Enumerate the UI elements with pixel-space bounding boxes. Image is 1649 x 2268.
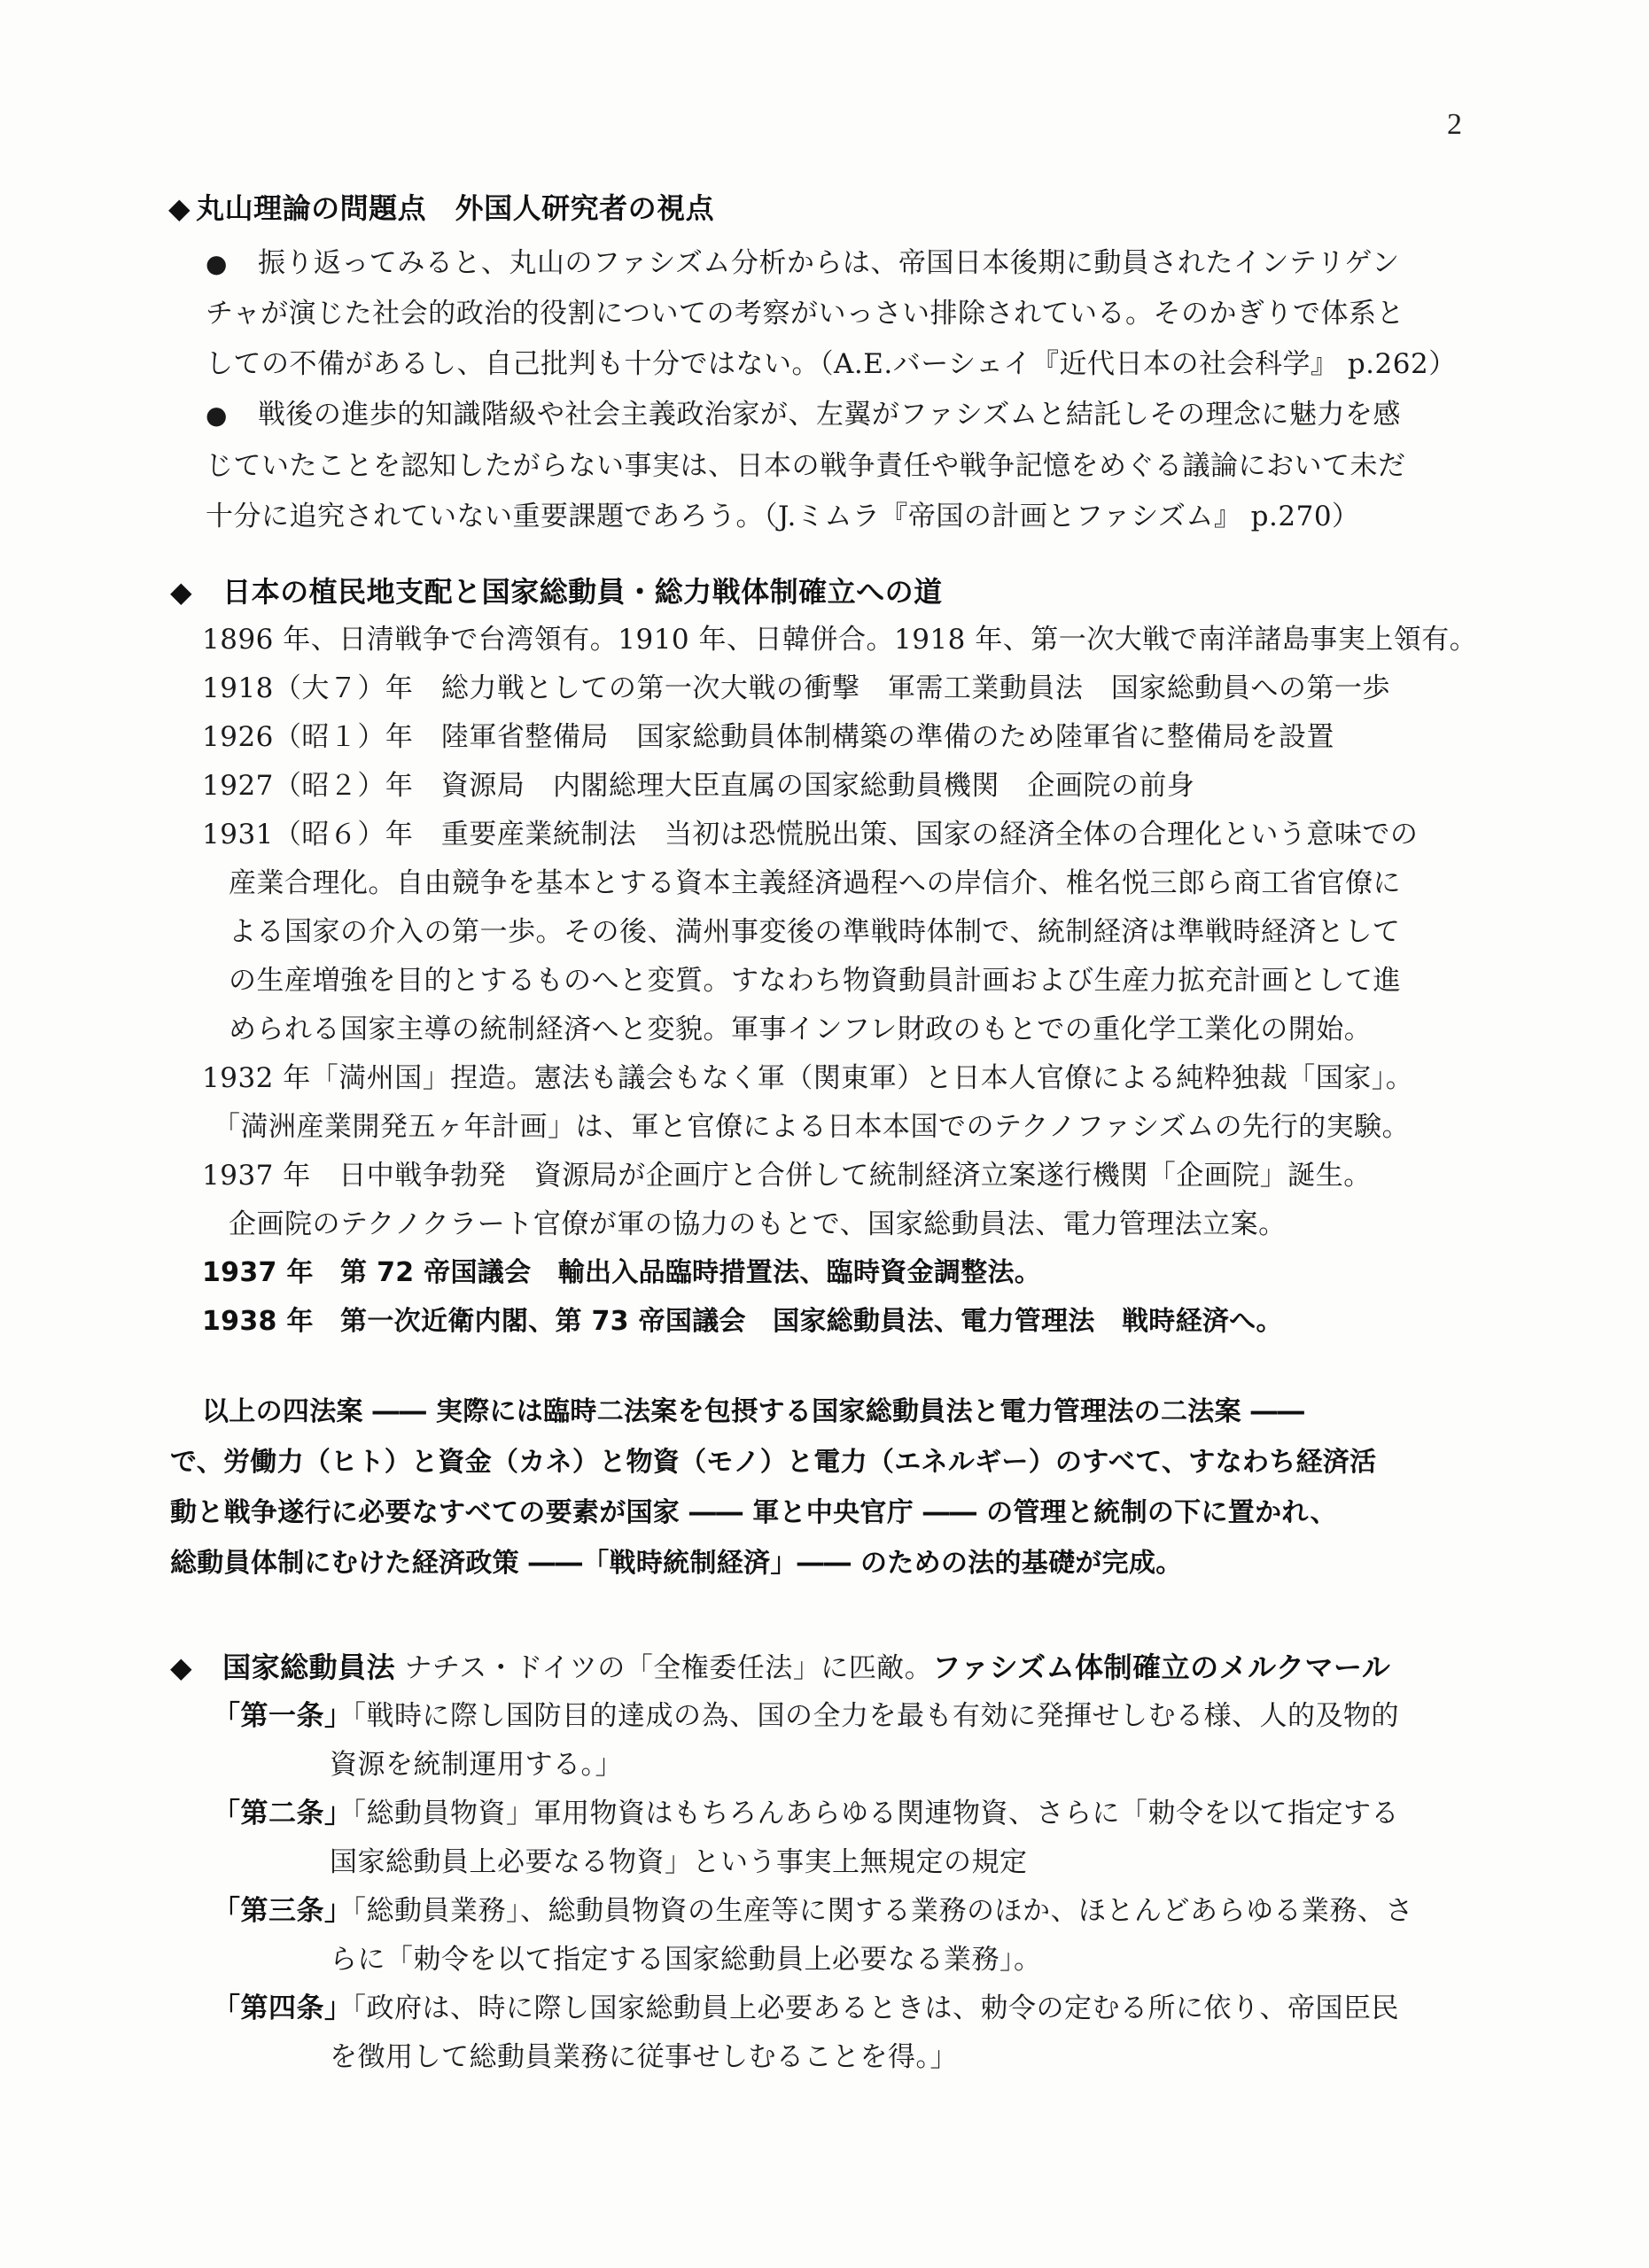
diamond-icon: ◆	[170, 574, 192, 610]
timeline-line-continued: 企画院のテクノクラート官僚が軍の協力のもとで、国家総動員法、電力管理法立案。	[229, 1207, 1287, 1242]
summary-line: 動と戦争遂行に必要なすべての要素が国家 ―― 軍と中央官庁 ―― の管理と統制の…	[170, 1495, 1337, 1531]
paragraph-line-citation: しての不備があるし、自己批判も十分ではない。（A.E.バーシェイ『近代日本の社会…	[206, 346, 1457, 382]
timeline-line: 1932 年「満州国」捏造。憲法も議会もなく軍（関東軍）と日本人官僚による純粋独…	[202, 1060, 1413, 1096]
timeline-line-continued: よる国家の介入の第一歩。その後、満州事変後の準戦時体制で、統制経済は準戦時経済と…	[229, 914, 1400, 950]
summary-line: 総動員体制にむけた経済政策 ――「戦時統制経済」―― のための法的基礎が完成。	[170, 1546, 1183, 1581]
article-label: 「第二条」	[213, 1798, 353, 1829]
diamond-icon: ◆	[170, 1650, 192, 1685]
timeline-line: 1926（昭１）年 陸軍省整備局 国家総動員体制構築の準備のため陸軍省に整備局を…	[202, 719, 1334, 755]
paragraph-line: ●戦後の進歩的知識階級や社会主義政治家が、左翼がファシズムと結託しその理念に魅力…	[206, 397, 1401, 433]
article-label: 「第四条」	[213, 1992, 353, 2024]
article-1-continued: 資源を統制運用する。」	[330, 1747, 623, 1783]
timeline-line-bold: 1937 年 第 72 帝国議会 輸出入品臨時措置法、臨時資金調整法。	[202, 1255, 1041, 1291]
timeline-line-continued: の生産増強を目的とするものへと変質。すなわち物資動員計画および生産力拡充計画とし…	[229, 963, 1401, 998]
article-2-continued: 国家総動員上必要なる物資」という事実上無規定の規定	[330, 1845, 1028, 1880]
section-heading-mobilization-law: ◆国家総動員法 ナチス・ドイツの「全権委任法」に匹敵。ファシズム体制確立のメルク…	[170, 1650, 1390, 1686]
article-4-continued: を徴用して総動員業務に従事せしむることを得。」	[330, 2039, 958, 2075]
section-title-bold-tail: ファシズム体制確立のメルクマール	[932, 1651, 1390, 1684]
article-4: 「第四条」「政府は、時に際し国家総動員上必要あるときは、勅令の定むる所に依り、帝…	[213, 1991, 1399, 2026]
diamond-icon: ◆	[168, 190, 191, 226]
section-title: 日本の植民地支配と国家総動員・総力戦体制確立への道	[222, 575, 943, 609]
article-1: 「第一条」「戦時に際し国防目的達成の為、国の全力を最も有効に発揮せしむる様、人的…	[213, 1698, 1399, 1734]
timeline-line: 1927（昭２）年 資源局 内閣総理大臣直属の国家総動員機関 企画院の前身	[202, 768, 1194, 804]
paragraph-line: ●振り返ってみると、丸山のファシズム分析からは、帝国日本後期に動員されたインテリ…	[206, 245, 1400, 282]
timeline-line: 1918（大７）年 総力戦としての第一次大戦の衝撃 軍需工業動員法 国家総動員へ…	[202, 671, 1390, 706]
paragraph-line-citation: 十分に追究されていない重要課題であろう。（J.ミムラ『帝国の計画とファシズム』 …	[206, 499, 1360, 534]
paragraph-line: チャが演じた社会的政治的役割についての考察がいっさい排除されている。そのかぎりで…	[206, 296, 1404, 331]
bullet-icon: ●	[206, 246, 228, 282]
timeline-line: 1937 年 日中戦争勃発 資源局が企画庁と合併して統制経済立案遂行機関「企画院…	[202, 1158, 1372, 1193]
timeline-line: 1896 年、日清戦争で台湾領有。1910 年、日韓併合。1918 年、第一次大…	[202, 622, 1477, 657]
paragraph-line: じていたことを認知したがらない事実は、日本の戦争責任や戦争記憶をめぐる議論におい…	[206, 448, 1406, 484]
timeline-line-bold: 1938 年 第一次近衛内閣、第 73 帝国議会 国家総動員法、電力管理法 戦時…	[202, 1304, 1283, 1340]
section-heading-colonial-rule: ◆日本の植民地支配と国家総動員・総力戦体制確立への道	[170, 574, 943, 610]
section-title: 丸山理論の問題点 外国人研究者の視点	[196, 191, 714, 225]
section-title-normal: ナチス・ドイツの「全権委任法」に匹敵。	[404, 1652, 932, 1684]
article-2: 「第二条」「総動員物資」軍用物資はもちろんあらゆる関連物資、さらに「勅令を以て指…	[213, 1796, 1399, 1831]
timeline-line-continued: 「満洲産業開発五ヶ年計画」は、軍と官僚による日本本国でのテクノファシズムの先行的…	[213, 1109, 1410, 1145]
timeline-line-continued: められる国家主導の統制経済へと変貌。軍事インフレ財政のもとでの重化学工業化の開始…	[229, 1012, 1372, 1047]
timeline-line: 1931（昭６）年 重要産業統制法 当初は恐慌脱出策、国家の経済全体の合理化とい…	[202, 817, 1418, 852]
article-label: 「第一条」	[213, 1700, 353, 1732]
page-number: 2	[1447, 108, 1462, 142]
article-3-continued: らに「勅令を以て指定する国家総動員上必要なる業務」。	[330, 1942, 1042, 1977]
section-heading-maruyama: ◆丸山理論の問題点 外国人研究者の視点	[168, 190, 714, 226]
summary-line: で、労働力（ヒト）と資金（カネ）と物資（モノ）と電力（エネルギー）のすべて、すな…	[170, 1445, 1376, 1480]
bullet-icon: ●	[206, 398, 228, 433]
summary-line: 以上の四法案 ―― 実際には臨時二法案を包摂する国家総動員法と電力管理法の二法案…	[202, 1394, 1304, 1430]
timeline-line-continued: 産業合理化。自由競争を基本とする資本主義経済過程への岸信介、椎名悦三郎ら商工省官…	[229, 866, 1401, 901]
section-title-bold: 国家総動員法	[222, 1651, 395, 1684]
article-3: 「第三条」「総動員業務」、総動員物資の生産等に関する業務のほか、ほとんどあらゆる…	[213, 1893, 1413, 1929]
article-label: 「第三条」	[213, 1895, 353, 1927]
